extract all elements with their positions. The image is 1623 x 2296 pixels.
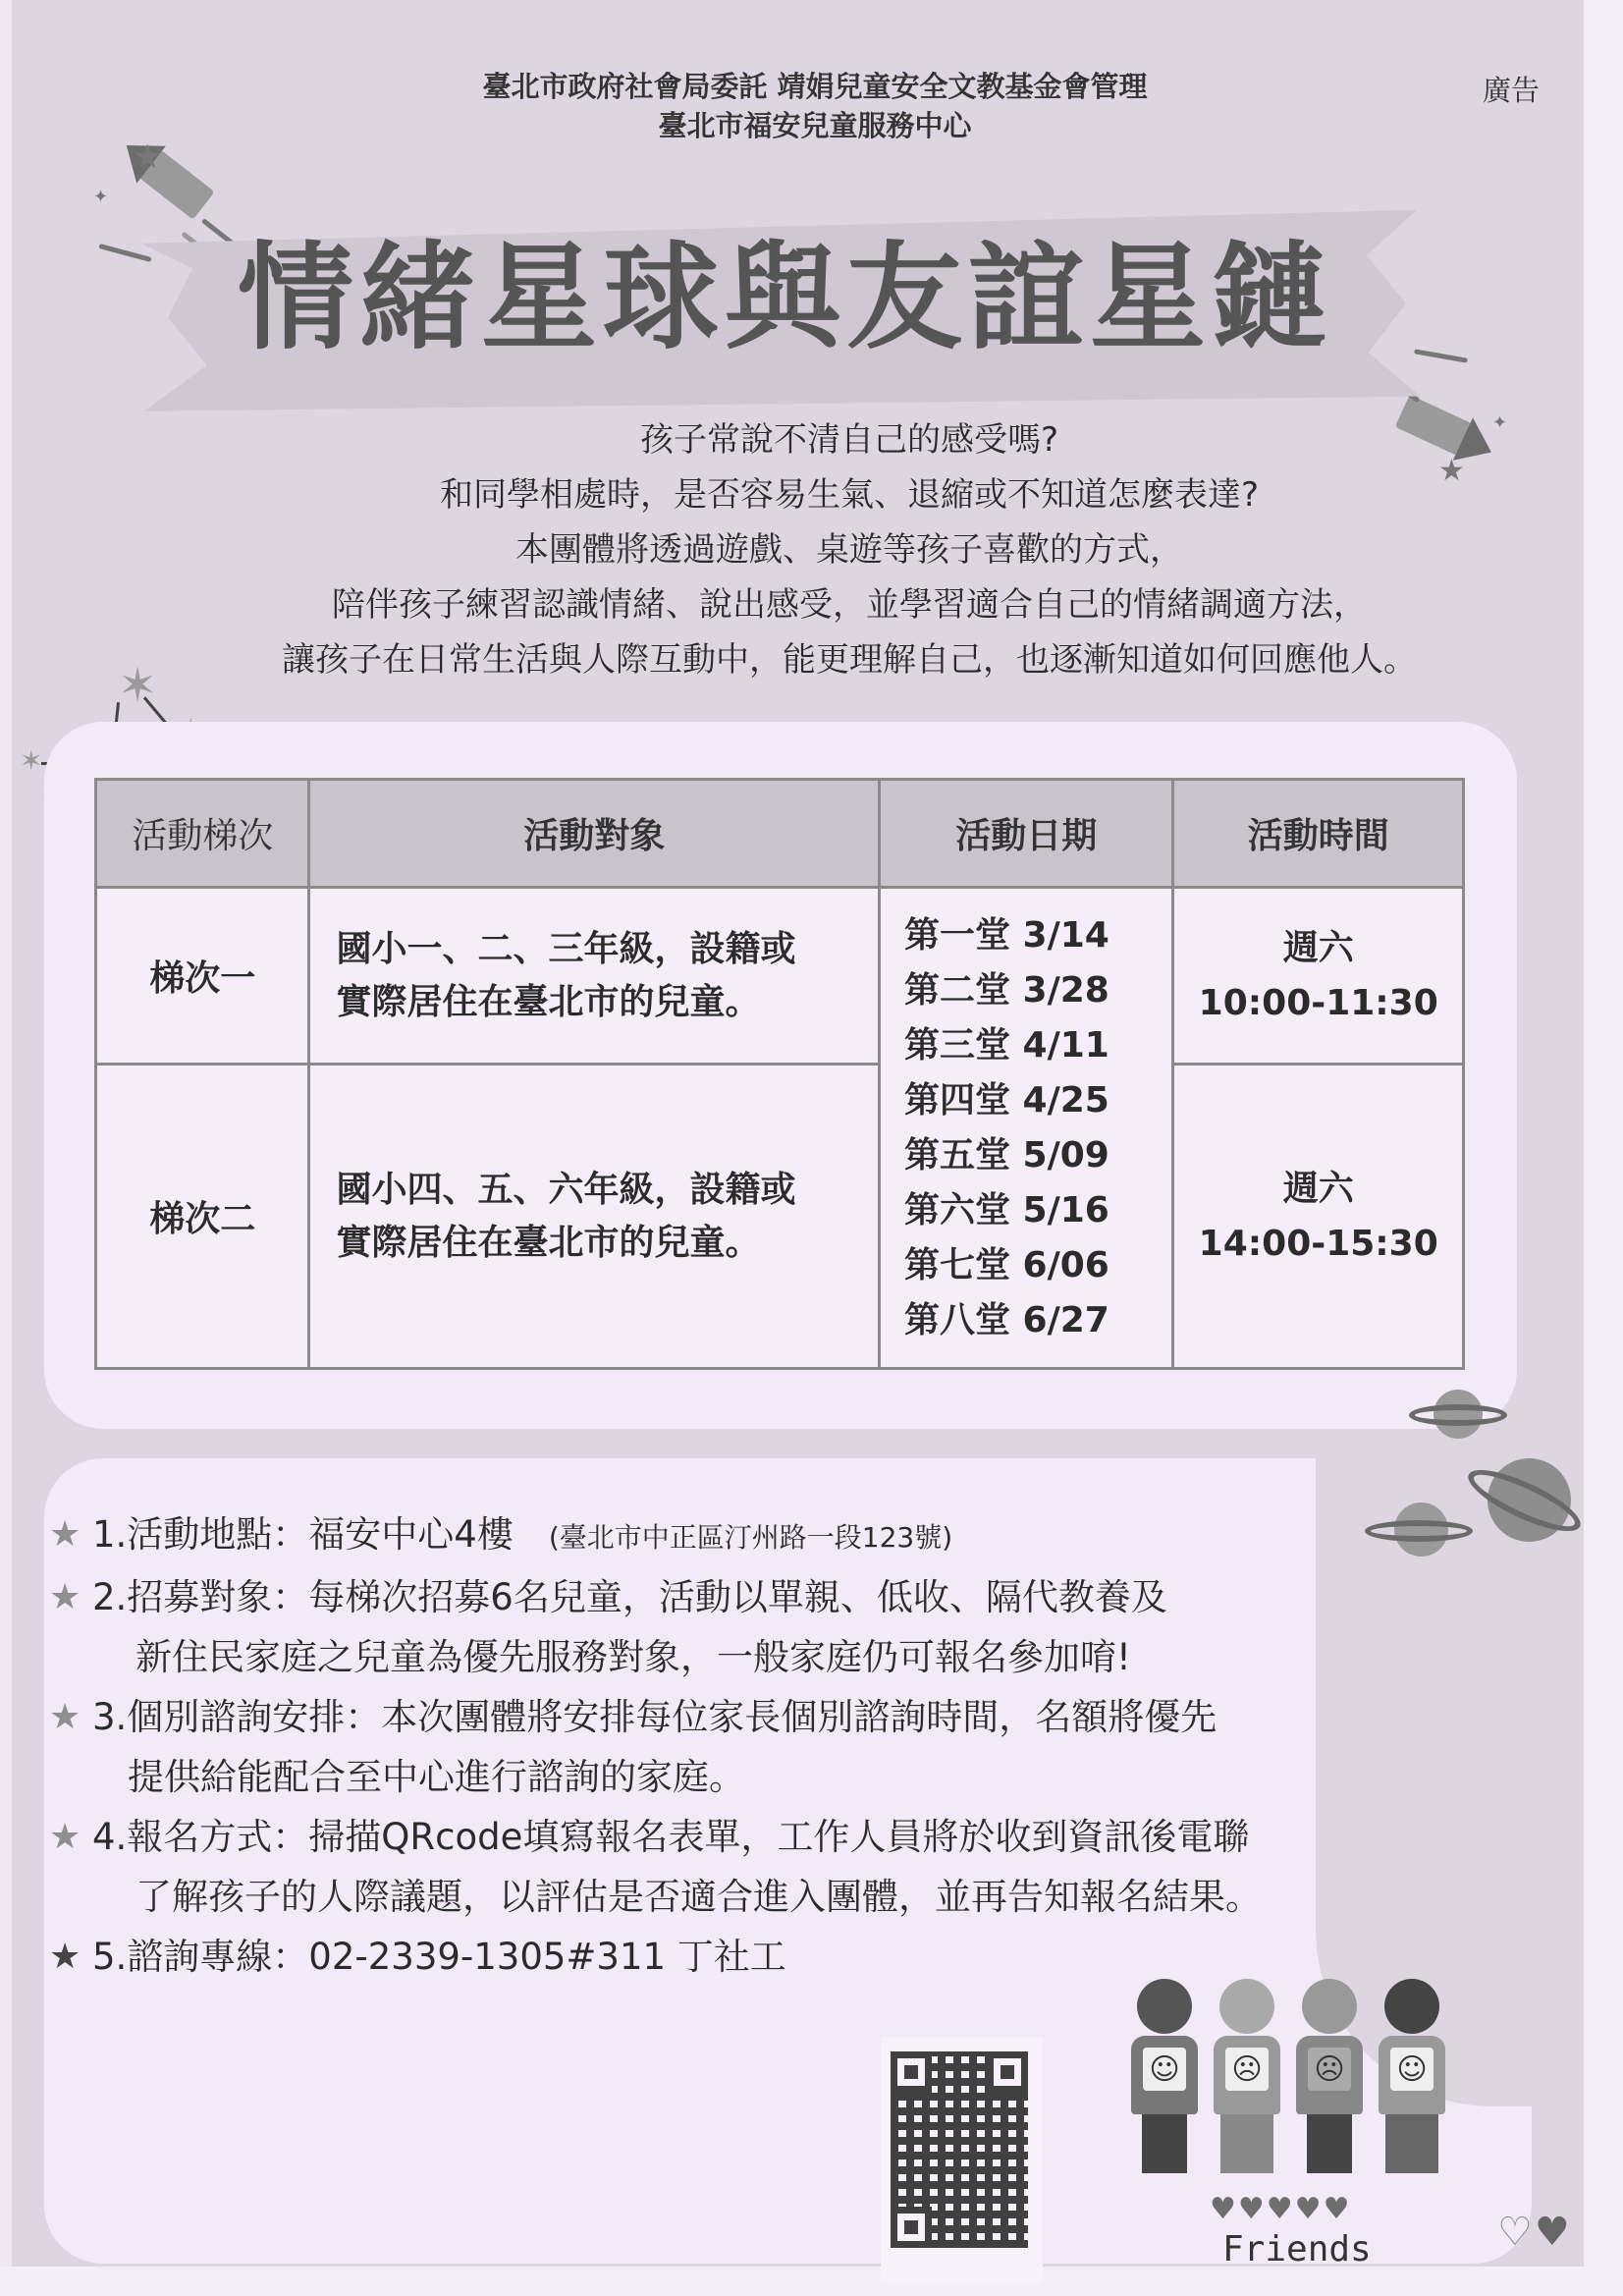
time-cell: 週六 10:00-11:30	[1173, 888, 1464, 1065]
schedule-table: 活動梯次 活動對象 活動日期 活動時間 梯次一 國小一、二、三年級，設籍或 實際…	[94, 778, 1465, 1370]
target-cell: 國小一、二、三年級，設籍或 實際居住在臺北市的兒童。	[309, 888, 880, 1065]
hotline-text: 5.諮詢專線：02-2339-1305#311 丁社工	[92, 1936, 786, 1978]
scan-edge-bottom	[0, 2267, 1623, 2296]
scan-edge-right	[1584, 0, 1623, 2296]
col-header-time: 活動時間	[1173, 780, 1464, 888]
target-line: 國小一、二、三年級，設籍或	[336, 923, 878, 976]
table-row: 梯次一 國小一、二、三年級，設籍或 實際居住在臺北市的兒童。 第一堂 3/14 …	[96, 888, 1464, 1065]
target-cell: 國小四、五、六年級，設籍或 實際居住在臺北市的兒童。	[309, 1065, 880, 1369]
table-row: 梯次二 國小四、五、六年級，設籍或 實際居住在臺北市的兒童。 週六 14:00-…	[96, 1065, 1464, 1369]
intro-line: 和同學相處時，是否容易生氣、退縮或不知道怎麼表達?	[196, 467, 1502, 522]
recruitment-line: 2.招募對象：每梯次招募6名兒童，活動以單親、低收、隔代教養及	[92, 1567, 1502, 1627]
col-header-batch: 活動梯次	[96, 780, 309, 888]
star-bullet-icon: ★	[49, 1567, 81, 1627]
target-line: 國小四、五、六年級，設籍或	[336, 1164, 878, 1217]
kid-angry-icon: ☹	[1294, 1979, 1365, 2180]
info-item-location: ★ 1.活動地點：福安中心4樓(臺北市中正區汀州路一段123號)	[49, 1504, 1502, 1567]
poster-title: 情緒星球與友誼星鏈	[147, 224, 1424, 371]
session-date: 第六堂 5/16	[904, 1183, 1171, 1238]
star-bullet-icon: ★	[49, 1927, 81, 1987]
star-bullet-icon: ★	[49, 1807, 81, 1867]
info-item-recruitment: ★ 2.招募對象：每梯次招募6名兒童，活動以單親、低收、隔代教養及	[49, 1567, 1502, 1627]
target-line: 實際居住在臺北市的兒童。	[336, 976, 878, 1029]
session-date: 第五堂 5/09	[904, 1128, 1171, 1183]
intro-line: 本團體將透過遊戲、桌遊等孩子喜歡的方式，	[196, 522, 1502, 577]
kids-emotions-illustration: ☺ ☹ ☹ ☺	[1129, 1979, 1453, 2180]
location-text: 1.活動地點：福安中心4樓	[92, 1513, 514, 1556]
intro-line: 孩子常說不清自己的感受嗎?	[196, 412, 1502, 467]
col-header-target: 活動對象	[309, 780, 880, 888]
consultation-line: 提供給能配合至中心進行諮詢的家庭。	[49, 1747, 1502, 1807]
star-bullet-icon: ★	[49, 1687, 81, 1747]
intro-line: 讓孩子在日常生活與人際互動中，能更理解自己，也逐漸知道如何回應他人。	[196, 632, 1502, 687]
session-date: 第四堂 4/25	[904, 1073, 1171, 1128]
registration-line: 4.報名方式：掃描QRcode填寫報名表單，工作人員將於收到資訊後電聯	[92, 1807, 1502, 1867]
session-date: 第八堂 6/27	[904, 1293, 1171, 1348]
time-range: 14:00-15:30	[1174, 1217, 1462, 1272]
scan-edge-left	[0, 0, 12, 2296]
hearts-icon: ♥♥♥♥♥	[1210, 2192, 1351, 2226]
ad-label: 廣告	[1483, 69, 1540, 109]
intro-paragraph: 孩子常說不清自己的感受嗎? 和同學相處時，是否容易生氣、退縮或不知道怎麼表達? …	[196, 412, 1502, 687]
target-line: 實際居住在臺北市的兒童。	[336, 1217, 878, 1270]
session-date: 第二堂 3/28	[904, 963, 1171, 1018]
registration-qr-code[interactable]	[881, 2038, 1043, 2283]
kid-happy-icon: ☺	[1129, 1979, 1200, 2180]
intro-line: 陪伴孩子練習認識情緒、說出感受，並學習適合自己的情緒調適方法，	[196, 577, 1502, 632]
info-list: ★ 1.活動地點：福安中心4樓(臺北市中正區汀州路一段123號) ★ 2.招募對…	[49, 1504, 1502, 1987]
batch-cell: 梯次一	[96, 888, 309, 1065]
star-bullet-icon: ★	[49, 1504, 81, 1564]
organizer-line-2: 臺北市福安兒童服務中心	[373, 106, 1257, 145]
dates-cell: 第一堂 3/14 第二堂 3/28 第三堂 4/11 第四堂 4/25 第五堂 …	[880, 888, 1173, 1369]
time-day: 週六	[1174, 1162, 1462, 1217]
organizer-header: 臺北市政府社會局委託 靖娟兒童安全文教基金會管理 臺北市福安兒童服務中心	[373, 67, 1257, 145]
organization-logo: ♡ ♥	[1497, 2205, 1566, 2259]
session-date: 第七堂 6/06	[904, 1238, 1171, 1293]
organizer-line-1: 臺北市政府社會局委託 靖娟兒童安全文教基金會管理	[373, 67, 1257, 106]
heart-logo-icon: ♥	[1535, 2213, 1570, 2252]
registration-line: 了解孩子的人際議題，以評估是否適合進入團體，並再告知報名結果。	[49, 1867, 1502, 1927]
table-header-row: 活動梯次 活動對象 活動日期 活動時間	[96, 780, 1464, 888]
time-day: 週六	[1174, 921, 1462, 976]
col-header-date: 活動日期	[880, 780, 1173, 888]
qr-code-icon	[891, 2051, 1028, 2248]
sparkle-icon: ✦	[93, 187, 108, 207]
consultation-line: 3.個別諮詢安排：本次團體將安排每位家長個別諮詢時間，名額將優先	[92, 1687, 1502, 1747]
session-date: 第三堂 4/11	[904, 1018, 1171, 1073]
time-cell: 週六 14:00-15:30	[1173, 1065, 1464, 1369]
friends-label: Friends	[1222, 2229, 1372, 2269]
info-item-hotline: ★ 5.諮詢專線：02-2339-1305#311 丁社工	[49, 1927, 1502, 1987]
location-address: (臺北市中正區汀州路一段123號)	[549, 1521, 952, 1554]
recruitment-line: 新住民家庭之兒童為優先服務對象，一般家庭仍可報名參加唷!	[49, 1627, 1502, 1687]
session-date: 第一堂 3/14	[904, 908, 1171, 963]
kid-sad-icon: ☹	[1212, 1979, 1282, 2180]
info-item-consultation: ★ 3.個別諮詢安排：本次團體將安排每位家長個別諮詢時間，名額將優先	[49, 1687, 1502, 1747]
kid-surprised-icon: ☺	[1377, 1979, 1447, 2180]
star-icon: ★	[133, 137, 162, 177]
heart-logo-icon: ♡	[1497, 2213, 1533, 2252]
batch-cell: 梯次二	[96, 1065, 309, 1369]
info-item-registration: ★ 4.報名方式：掃描QRcode填寫報名表單，工作人員將於收到資訊後電聯	[49, 1807, 1502, 1867]
time-range: 10:00-11:30	[1174, 976, 1462, 1031]
